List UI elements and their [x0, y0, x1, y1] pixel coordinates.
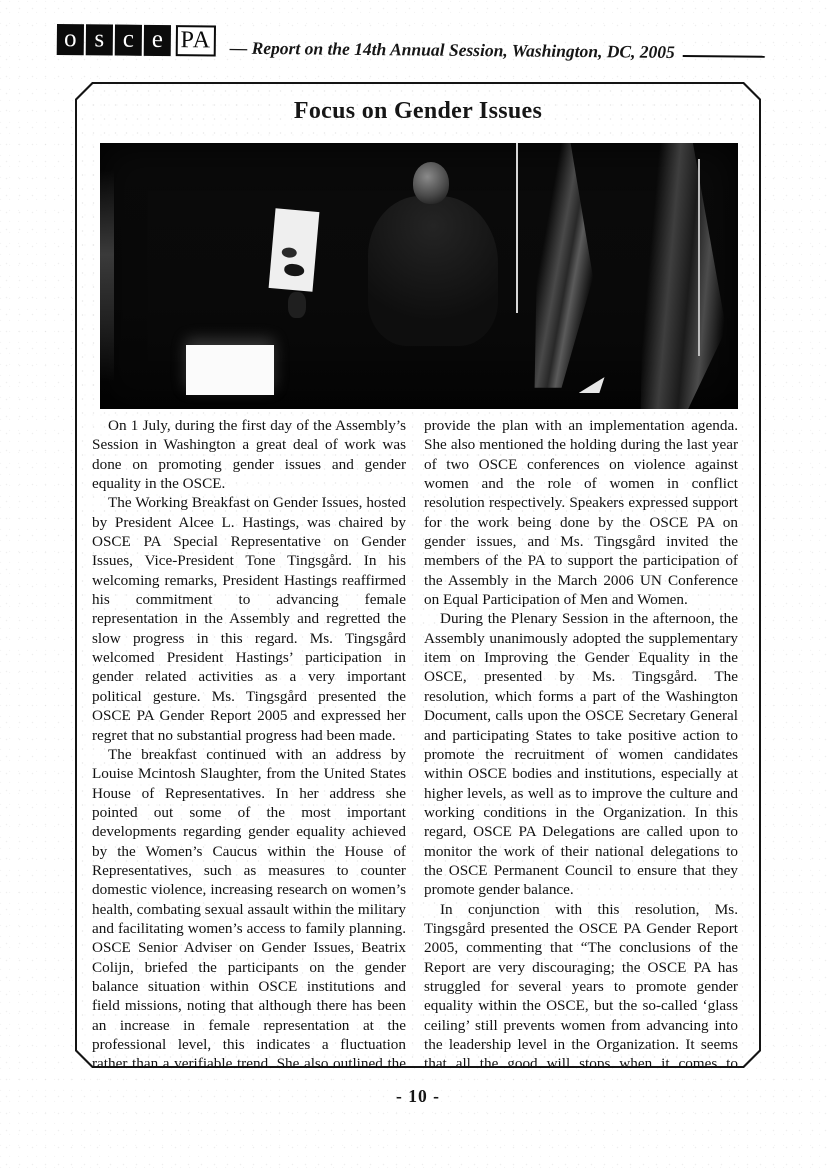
paragraph: The Working Breakfast on Gender Issues, …: [92, 493, 406, 744]
scanned-report-page: o s c e PA — Report on the 14th Annual S…: [0, 0, 827, 1169]
flagpole-highlight: [698, 159, 700, 356]
floor-glint: [579, 377, 605, 393]
page-header: o s c e PA — Report on the 14th Annual S…: [57, 24, 765, 64]
flag-drape: [636, 143, 731, 409]
logo-pa-tile: PA: [176, 25, 216, 56]
flag-drape: [521, 143, 611, 388]
card-mark: [284, 263, 305, 277]
page-number: - 10 -: [75, 1086, 761, 1107]
left-column: On 1 July, during the first day of the A…: [92, 416, 406, 1132]
speaker-silhouette: [368, 196, 498, 346]
report-header-title: — Report on the 14th Annual Session, Was…: [230, 38, 675, 63]
article-title: Focus on Gender Issues: [77, 98, 759, 125]
right-column: provide the plan with an implementation …: [424, 416, 738, 1132]
session-photo: [100, 143, 738, 409]
logo-letter-tile: o: [57, 24, 84, 55]
logo-letter-tile: c: [115, 25, 142, 56]
header-rule: [683, 55, 765, 58]
paragraph: On 1 July, during the first day of the A…: [92, 416, 406, 493]
flagpole-highlight: [516, 143, 518, 313]
article-box-border: Focus on Gender Issues On 1 July,: [75, 82, 761, 1068]
article-box: Focus on Gender Issues On 1 July,: [77, 84, 759, 1066]
card-mark: [282, 246, 298, 257]
white-card: [269, 208, 320, 292]
paragraph: During the Plenary Session in the aftern…: [424, 609, 738, 899]
logo-letter-tile: e: [144, 25, 171, 56]
paragraph: provide the plan with an implementation …: [424, 416, 738, 609]
logo-letter-tile: s: [86, 24, 113, 55]
header-text-row: — Report on the 14th Annual Session, Was…: [230, 38, 765, 64]
osce-pa-logo: o s c e PA: [57, 24, 216, 57]
speaker-hand: [288, 292, 306, 318]
photo-left-highlight: [100, 170, 114, 383]
podium-light-panel: [186, 345, 274, 395]
speaker-head: [413, 162, 449, 204]
paragraph: The breakfast continued with an address …: [92, 745, 406, 1132]
